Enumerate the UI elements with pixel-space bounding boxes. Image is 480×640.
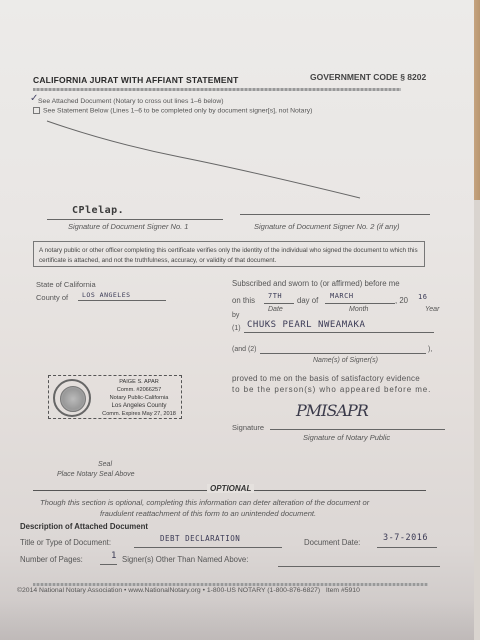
notary-form-page: CALIFORNIA JURAT WITH AFFIANT STATEMENT … xyxy=(0,0,474,640)
footer-item-number: Item #5910 xyxy=(326,587,360,594)
pages-label: Number of Pages: xyxy=(20,555,83,564)
title-line xyxy=(134,547,282,548)
doc-date-value[interactable]: 3-7-2016 xyxy=(383,533,428,543)
seal-text: PAIGE S. APAR Comm. #2066257 Notary Publ… xyxy=(97,378,181,418)
notary-seal-stamp: PAIGE S. APAR Comm. #2066257 Notary Publ… xyxy=(48,375,182,419)
other-signers-label: Signer(s) Other Than Named Above: xyxy=(122,555,248,564)
signature-label: Signature xyxy=(232,423,264,432)
other-signers-line[interactable] xyxy=(278,566,440,567)
signer2-suffix: ), xyxy=(428,346,432,353)
seal-name: PAIGE S. APAR xyxy=(97,378,181,386)
signer1-name[interactable]: CHUKS PEARL NWEAMAKA xyxy=(247,320,365,330)
doc-date-label: Document Date: xyxy=(304,538,360,547)
notary-signature-caption: Signature of Notary Public xyxy=(303,433,390,442)
date-caption: Date xyxy=(268,306,283,313)
footer-copyright: ©2014 National Notary Association • www.… xyxy=(17,587,360,594)
notary-signature-line[interactable] xyxy=(270,429,445,430)
footer-text: ©2014 National Notary Association • www.… xyxy=(17,587,320,594)
day-of-label: day of xyxy=(297,296,318,305)
signer1-prefix: (1) xyxy=(232,325,241,332)
state-seal-icon xyxy=(53,379,91,417)
by-label: by xyxy=(232,312,239,319)
footer-divider xyxy=(33,583,428,586)
signer2-name-line[interactable] xyxy=(260,353,426,354)
optional-note-2: fraudulent reattachment of this form to … xyxy=(100,509,316,518)
proved-line-2: to be the person(s) who appeared before … xyxy=(232,385,431,394)
county-value[interactable]: LOS ANGELES xyxy=(82,291,131,299)
month-value[interactable]: MARCH xyxy=(330,292,354,300)
year-prefix: , 20 xyxy=(395,296,408,305)
year-caption: Year xyxy=(425,306,439,313)
optional-heading: OPTIONAL xyxy=(207,484,254,493)
doc-date-line xyxy=(377,547,437,548)
disclaimer-box: A notary public or other officer complet… xyxy=(33,241,425,267)
sworn-text: Subscribed and sworn to (or affirmed) be… xyxy=(232,279,400,288)
county-label: County of xyxy=(36,293,68,302)
pages-line xyxy=(100,564,117,565)
page-shadow xyxy=(0,600,474,640)
seal-commission: Comm. #2066257 xyxy=(97,386,181,394)
signer2-signature-line[interactable] xyxy=(240,214,430,215)
description-heading: Description of Attached Document xyxy=(20,522,148,531)
on-this-label: on this xyxy=(232,296,255,305)
title-value[interactable]: DEBT DECLARATION xyxy=(160,534,240,543)
title-label: Title or Type of Document: xyxy=(20,538,111,547)
signer1-signature: CPlelap. xyxy=(72,205,124,216)
signer1-label: Signature of Document Signer No. 1 xyxy=(68,222,188,231)
proved-line-1: proved to me on the basis of satisfactor… xyxy=(232,374,420,383)
signer1-signature-line[interactable] xyxy=(47,219,223,220)
seal-label: Seal xyxy=(98,461,112,468)
optional-note-1: Though this section is optional, complet… xyxy=(40,498,369,507)
day-line xyxy=(264,303,294,304)
state-label: State of California xyxy=(36,280,96,289)
month-line xyxy=(325,303,395,304)
seal-title: Notary Public-California xyxy=(97,394,181,402)
county-line xyxy=(78,300,166,301)
year-value[interactable]: 16 xyxy=(418,293,427,301)
seal-expires: Comm. Expires May 27, 2018 xyxy=(97,410,181,418)
signer1-name-line xyxy=(244,332,434,333)
month-caption: Month xyxy=(349,306,368,313)
notary-signature: PMISAPR xyxy=(296,401,368,420)
signer2-prefix: (and (2) xyxy=(232,346,257,353)
signer2-label: Signature of Document Signer No. 2 (if a… xyxy=(254,222,400,231)
day-value[interactable]: 7TH xyxy=(268,292,282,300)
names-caption: Name(s) of Signer(s) xyxy=(313,357,378,364)
seal-county: Los Angeles County xyxy=(97,402,181,410)
pages-value[interactable]: 1 xyxy=(111,551,117,561)
place-seal-label: Place Notary Seal Above xyxy=(57,471,135,478)
